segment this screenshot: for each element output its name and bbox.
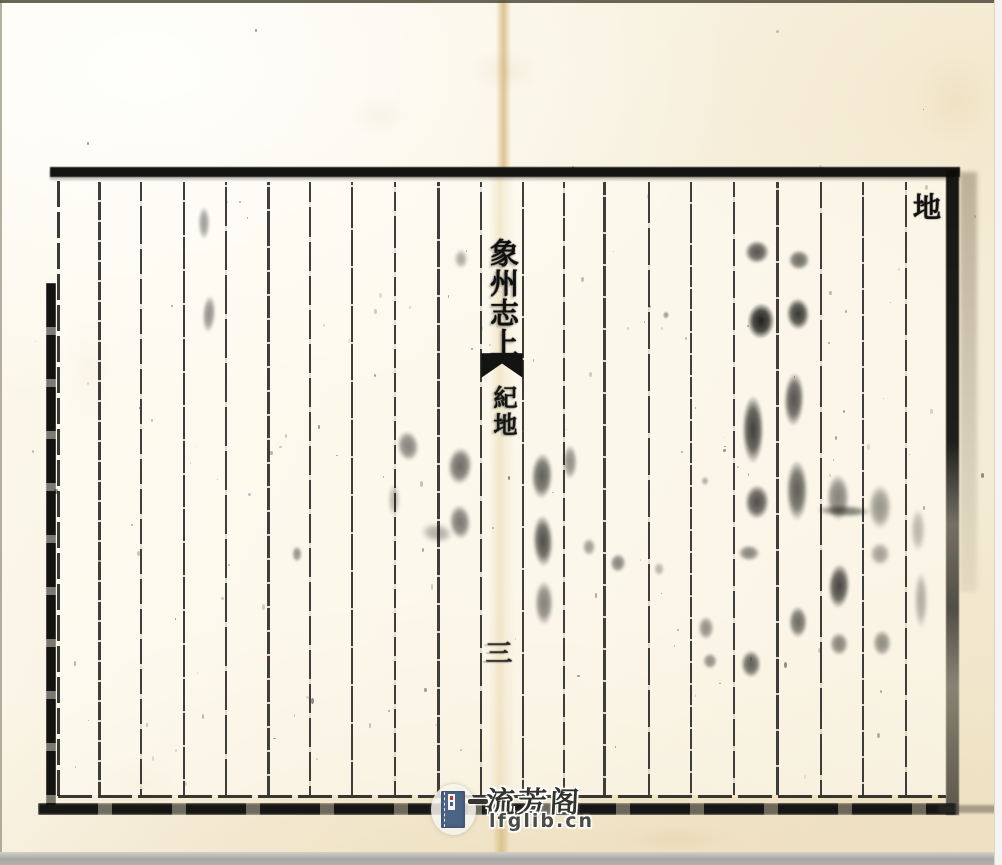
column-rule	[98, 182, 101, 795]
column-rule	[862, 182, 864, 795]
column-rule	[648, 182, 650, 795]
frame-border-left-outer	[46, 283, 56, 812]
page-edge-texture	[960, 172, 977, 592]
frame-border-right	[946, 170, 959, 815]
column-rule	[905, 182, 907, 795]
frame-border-top	[50, 167, 960, 177]
frame-border-left-inner	[57, 181, 60, 799]
column-rule	[563, 182, 565, 795]
column-rule	[225, 182, 227, 795]
margin-character: 地	[909, 186, 945, 226]
column-rule	[351, 182, 353, 795]
column-rule	[776, 182, 779, 795]
book-icon	[441, 791, 465, 828]
column-rule	[820, 182, 822, 795]
banxin-title: 象州志上	[480, 238, 524, 358]
scan-left-edge	[0, 0, 2, 865]
scanned-book-page: 象州志上 紀地 三 地 流芳阁 lfglib.cn	[0, 0, 1002, 865]
book-label-icon	[448, 794, 455, 810]
column-rule	[183, 182, 185, 795]
book-stitch-icon	[444, 792, 445, 827]
scan-bottom-edge-bar	[0, 852, 1002, 865]
center-fold-crease-top	[496, 0, 511, 172]
column-rule	[394, 182, 396, 795]
column-rule	[437, 182, 440, 795]
column-rule	[733, 182, 735, 795]
scan-right-edge	[994, 0, 1002, 865]
watermark-logo-icon	[431, 784, 476, 835]
column-rule	[690, 182, 692, 795]
page-number: 三	[473, 633, 525, 668]
column-rule	[309, 182, 311, 795]
banxin-section-label: 紀地	[480, 385, 524, 439]
watermark-site-url: lfglib.cn	[489, 810, 594, 832]
column-rule	[267, 182, 270, 795]
scan-top-edge	[0, 0, 1002, 3]
frame-border-bottom-smear	[938, 805, 996, 813]
column-rule	[140, 182, 142, 795]
column-rule	[603, 182, 606, 795]
